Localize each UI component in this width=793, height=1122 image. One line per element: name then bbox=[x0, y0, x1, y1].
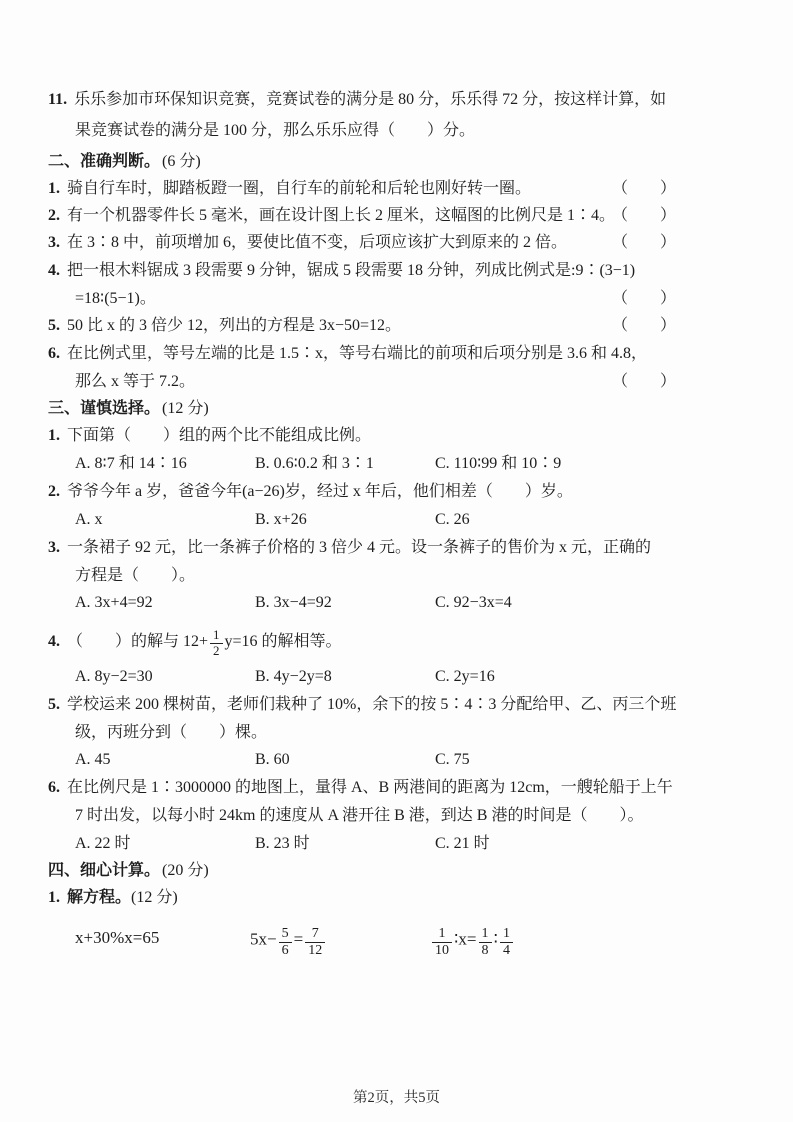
section-3-header: 三、谨慎选择。(12 分) bbox=[48, 397, 209, 421]
judge-4-answer-bracket: （ ） bbox=[612, 287, 676, 311]
judge-3-number: 3. bbox=[48, 234, 60, 251]
choice-q5-options: A. 45B. 60C. 75 bbox=[75, 748, 470, 772]
choice-q6-line2: 7 时出发，以每小时 24km 的速度从 A 港开往 B 港，到达 B 港的时间… bbox=[75, 804, 643, 828]
fraction-numerator: 7 bbox=[305, 926, 325, 943]
section-4-title: 四、细心计算。 bbox=[48, 862, 160, 879]
judge-2-answer-bracket: （ ） bbox=[612, 204, 676, 228]
choice-q6-option-a: A. 22 时 bbox=[75, 832, 255, 856]
fraction-numerator: 1 bbox=[210, 628, 223, 644]
judge-item-5: 5.50 比 x 的 3 倍少 12，列出的方程是 3x−50=12。 bbox=[48, 314, 401, 338]
fraction-denominator: 2 bbox=[210, 644, 223, 659]
fraction-denominator: 12 bbox=[305, 943, 325, 959]
choice-q6-option-c: C. 21 时 bbox=[435, 835, 490, 852]
question-11-number: 11. bbox=[48, 91, 67, 108]
choice-q4-text-post: y=16 的解相等。 bbox=[225, 633, 342, 650]
equation-3-ratio-x: ∶x= bbox=[454, 929, 477, 948]
fraction-one-tenth: 110 bbox=[432, 926, 452, 959]
choice-q2: 2.爷爷今年 a 岁，爸爸今年(a−26)岁，经过 x 年后，他们相差（ ）岁。 bbox=[48, 480, 573, 504]
fraction-numerator: 5 bbox=[279, 926, 292, 943]
choice-q4-option-a: A. 8y−2=30 bbox=[75, 665, 255, 689]
question-11-text: 乐乐参加市环保知识竞赛，竞赛试卷的满分是 80 分，乐乐得 72 分，按这样计算… bbox=[74, 91, 666, 108]
judge-5-number: 5. bbox=[48, 317, 60, 334]
section-4-header: 四、细心计算。(20 分) bbox=[48, 859, 209, 883]
judge-1-number: 1. bbox=[48, 180, 60, 197]
judge-2-number: 2. bbox=[48, 207, 60, 224]
choice-q1: 1.下面第（ ）组的两个比不能组成比例。 bbox=[48, 424, 371, 448]
fraction-seven-twelfths: 712 bbox=[305, 926, 325, 959]
choice-q5-option-a: A. 45 bbox=[75, 748, 255, 772]
judge-3-answer-bracket: （ ） bbox=[612, 231, 676, 255]
judge-5-answer-bracket: （ ） bbox=[612, 314, 676, 338]
choice-q2-options: A. xB. x+26C. 26 bbox=[75, 508, 470, 532]
fraction-denominator: 10 bbox=[432, 943, 452, 959]
judge-1-answer-bracket: （ ） bbox=[612, 177, 676, 201]
choice-q3-text-line1: 一条裙子 92 元，比一条裤子价格的 3 倍少 4 元。设一条裤子的售价为 x … bbox=[67, 539, 651, 556]
fraction-five-sixths: 56 bbox=[279, 926, 292, 959]
choice-q5-text-line1: 学校运来 200 棵树苗，老师们栽种了 10%，余下的按 5∶4∶3 分配给甲、… bbox=[67, 696, 676, 713]
equation-3: 110∶x=18∶14 bbox=[430, 926, 515, 959]
calc-subheader-points: (12 分) bbox=[131, 889, 178, 906]
judge-item-2: 2.有一个机器零件长 5 毫米，画在设计图上长 2 厘米，这幅图的比例尺是 1∶… bbox=[48, 204, 615, 228]
page-number-footer: 第2页，共5页 bbox=[0, 1086, 793, 1107]
choice-q5-line2: 级，丙班分到（ ）棵。 bbox=[75, 721, 267, 745]
calc-subheader: 1.解方程。(12 分) bbox=[48, 886, 178, 910]
choice-q3-option-b: B. 3x−4=92 bbox=[255, 591, 435, 615]
choice-q1-text: 下面第（ ）组的两个比不能组成比例。 bbox=[67, 427, 371, 444]
choice-q5-number: 5. bbox=[48, 696, 60, 713]
choice-q4-options: A. 8y−2=30B. 4y−2y=8C. 2y=16 bbox=[75, 665, 495, 689]
question-11-line1: 11.乐乐参加市环保知识竞赛，竞赛试卷的满分是 80 分，乐乐得 72 分，按这… bbox=[48, 88, 666, 112]
judge-item-6-line1: 6.在比例式里，等号左端的比是 1.5∶x，等号右端比的前项和后项分别是 3.6… bbox=[48, 342, 647, 366]
judge-item-4-line2: =18∶(5−1)。 bbox=[75, 287, 156, 311]
fraction-numerator: 1 bbox=[500, 926, 513, 943]
choice-q3-line1: 3.一条裙子 92 元，比一条裤子价格的 3 倍少 4 元。设一条裤子的售价为 … bbox=[48, 536, 651, 560]
choice-q5-option-c: C. 75 bbox=[435, 751, 470, 768]
choice-q3-option-c: C. 92−3x=4 bbox=[435, 594, 512, 611]
calc-subheader-number: 1. bbox=[48, 889, 60, 906]
judge-5-text: 50 比 x 的 3 倍少 12，列出的方程是 3x−50=12。 bbox=[67, 317, 401, 334]
question-11-line2: 果竞赛试卷的满分是 100 分，那么乐乐应得（ ）分。 bbox=[75, 119, 475, 143]
choice-q1-option-b: B. 0.6∶0.2 和 3∶1 bbox=[255, 452, 435, 476]
fraction-numerator: 1 bbox=[432, 926, 452, 943]
fraction-denominator: 8 bbox=[479, 943, 492, 959]
choice-q1-option-a: A. 8∶7 和 14∶16 bbox=[75, 452, 255, 476]
section-3-title: 三、谨慎选择。 bbox=[48, 400, 160, 417]
section-4-points: (20 分) bbox=[162, 862, 209, 879]
judge-6-answer-bracket: （ ） bbox=[612, 370, 676, 394]
choice-q2-option-b: B. x+26 bbox=[255, 508, 435, 532]
equation-2-equals: = bbox=[294, 929, 304, 948]
choice-q6-number: 6. bbox=[48, 779, 60, 796]
judge-3-text: 在 3∶8 中，前项增加 6，要使比值不变，后项应该扩大到原来的 2 倍。 bbox=[67, 234, 567, 251]
choice-q3-option-a: A. 3x+4=92 bbox=[75, 591, 255, 615]
judge-6-text-line1: 在比例式里，等号左端的比是 1.5∶x，等号右端比的前项和后项分别是 3.6 和… bbox=[67, 345, 647, 362]
judge-2-text: 有一个机器零件长 5 毫米，画在设计图上长 2 厘米，这幅图的比例尺是 1∶4。 bbox=[67, 207, 615, 224]
choice-q2-option-a: A. x bbox=[75, 508, 255, 532]
judge-6-number: 6. bbox=[48, 345, 60, 362]
section-3-points: (12 分) bbox=[162, 400, 209, 417]
fraction-one-half: 12 bbox=[210, 628, 223, 659]
choice-q6-options: A. 22 时B. 23 时C. 21 时 bbox=[75, 832, 490, 856]
equation-3-ratio-sign: ∶ bbox=[494, 929, 498, 948]
judge-1-text: 骑自行车时，脚踏板蹬一圈，自行车的前轮和后轮也刚好转一圈。 bbox=[67, 180, 531, 197]
choice-q1-option-c: C. 110∶99 和 10∶9 bbox=[435, 455, 561, 472]
choice-q6-text-line1: 在比例尺是 1∶3000000 的地图上，量得 A、B 两港间的距离为 12cm… bbox=[67, 779, 673, 796]
judge-item-3: 3.在 3∶8 中，前项增加 6，要使比值不变，后项应该扩大到原来的 2 倍。 bbox=[48, 231, 567, 255]
choice-q2-text: 爷爷今年 a 岁，爸爸今年(a−26)岁，经过 x 年后，他们相差（ ）岁。 bbox=[67, 483, 573, 500]
choice-q2-option-c: C. 26 bbox=[435, 511, 470, 528]
choice-q3-options: A. 3x+4=92B. 3x−4=92C. 92−3x=4 bbox=[75, 591, 512, 615]
choice-q6-line1: 6.在比例尺是 1∶3000000 的地图上，量得 A、B 两港间的距离为 12… bbox=[48, 776, 673, 800]
section-2-title: 二、准确判断。 bbox=[48, 153, 160, 170]
choice-q4-option-c: C. 2y=16 bbox=[435, 668, 495, 685]
equation-2-pre: 5x− bbox=[250, 929, 277, 948]
choice-q2-number: 2. bbox=[48, 483, 60, 500]
judge-4-text-line1: 把一根木料锯成 3 段需要 9 分钟，锯成 5 段需要 18 分钟，列成比例式是… bbox=[67, 262, 635, 279]
calc-subheader-title: 解方程。 bbox=[67, 889, 131, 906]
equation-1: x+30%x=65 bbox=[75, 926, 159, 950]
choice-q1-options: A. 8∶7 和 14∶16B. 0.6∶0.2 和 3∶1C. 110∶99 … bbox=[75, 452, 561, 476]
judge-item-4-line1: 4.把一根木料锯成 3 段需要 9 分钟，锯成 5 段需要 18 分钟，列成比例… bbox=[48, 259, 635, 283]
judge-item-6-line2: 那么 x 等于 7.2。 bbox=[75, 370, 195, 394]
choice-q3-line2: 方程是（ ）。 bbox=[75, 564, 195, 588]
section-2-points: (6 分) bbox=[162, 153, 201, 170]
choice-q1-number: 1. bbox=[48, 427, 60, 444]
choice-q3-number: 3. bbox=[48, 539, 60, 556]
equation-2: 5x−56=712 bbox=[250, 926, 327, 959]
choice-q6-option-b: B. 23 时 bbox=[255, 832, 435, 856]
judge-item-1: 1.骑自行车时，脚踏板蹬一圈，自行车的前轮和后轮也刚好转一圈。 bbox=[48, 177, 531, 201]
choice-q5-line1: 5.学校运来 200 棵树苗，老师们栽种了 10%，余下的按 5∶4∶3 分配给… bbox=[48, 693, 676, 717]
fraction-denominator: 6 bbox=[279, 943, 292, 959]
choice-q4: 4.（ ）的解与 12+12y=16 的解相等。 bbox=[48, 628, 342, 659]
section-2-header: 二、准确判断。(6 分) bbox=[48, 150, 201, 174]
choice-q5-option-b: B. 60 bbox=[255, 748, 435, 772]
fraction-one-fourth: 14 bbox=[500, 926, 513, 959]
choice-q4-number: 4. bbox=[48, 633, 60, 650]
fraction-one-eighth: 18 bbox=[479, 926, 492, 959]
judge-4-number: 4. bbox=[48, 262, 60, 279]
test-paper-page: 11.乐乐参加市环保知识竞赛，竞赛试卷的满分是 80 分，乐乐得 72 分，按这… bbox=[0, 0, 793, 1122]
fraction-denominator: 4 bbox=[500, 943, 513, 959]
fraction-numerator: 1 bbox=[479, 926, 492, 943]
choice-q4-text-pre: （ ）的解与 12+ bbox=[67, 633, 208, 650]
choice-q4-option-b: B. 4y−2y=8 bbox=[255, 665, 435, 689]
